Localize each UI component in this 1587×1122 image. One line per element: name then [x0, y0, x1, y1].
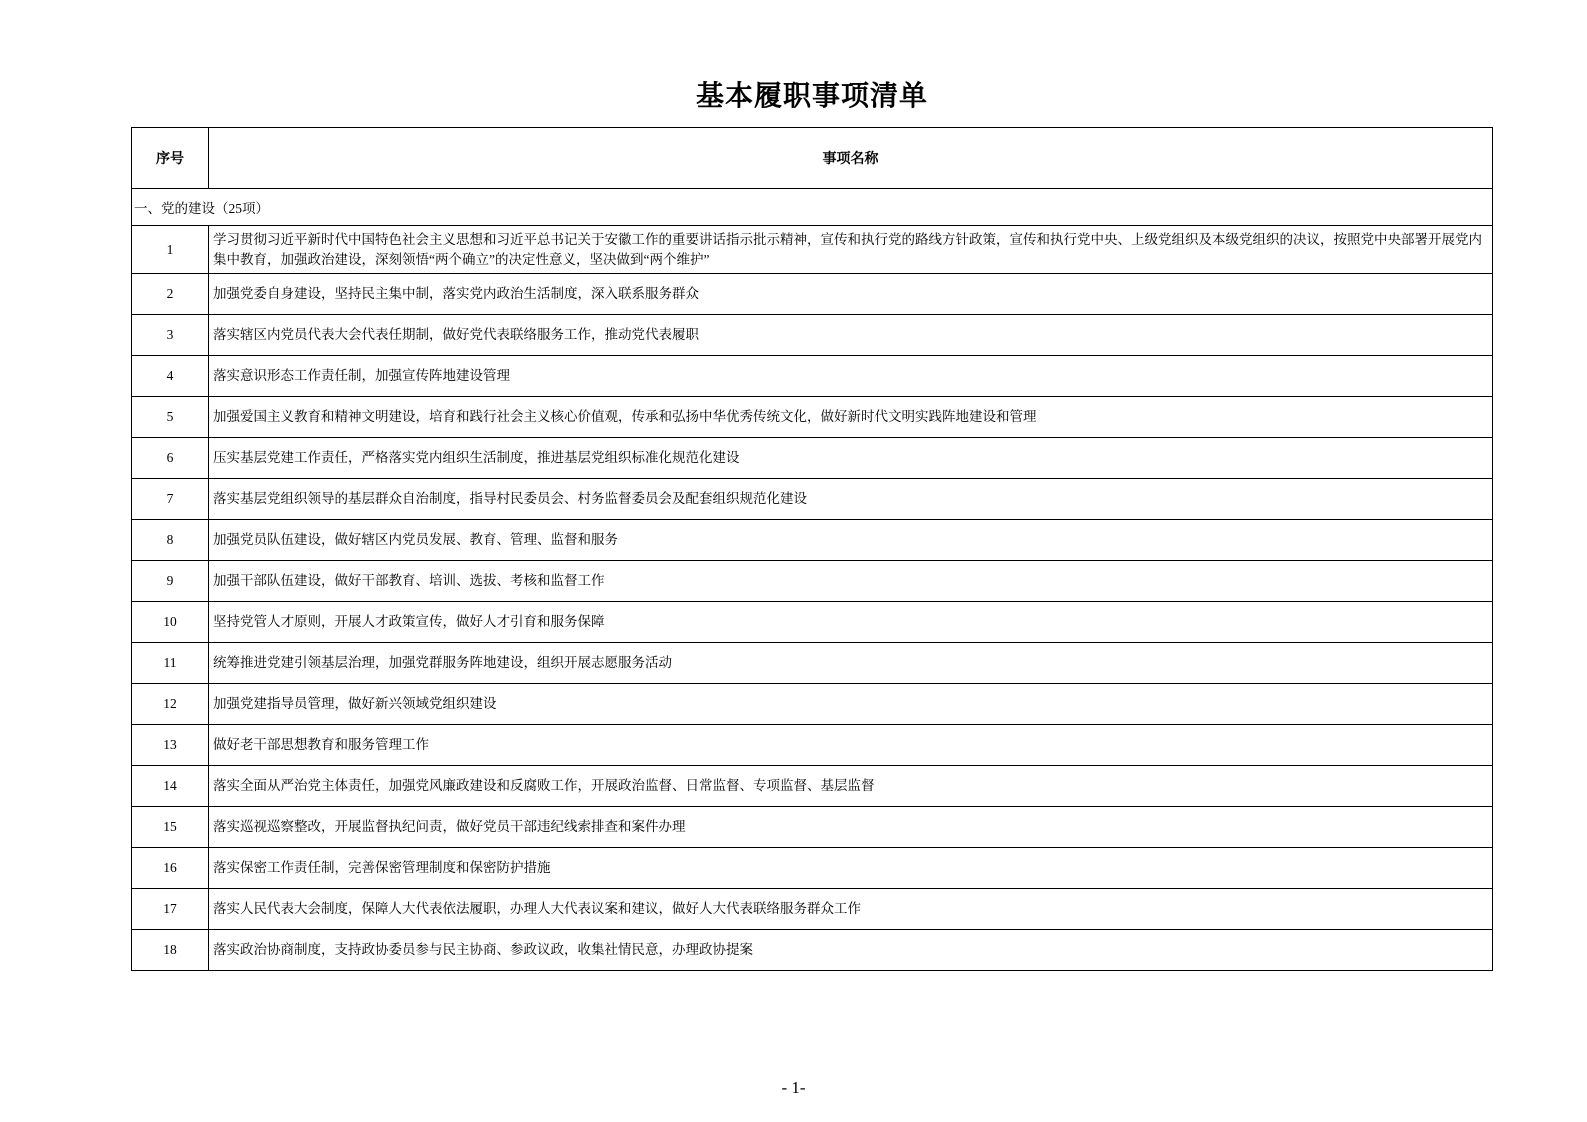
- row-text: 落实政治协商制度，支持政协委员参与民主协商、参政议政，收集社情民意，办理政协提案: [209, 930, 1493, 971]
- row-text: 落实全面从严治党主体责任，加强党风廉政建设和反腐败工作，开展政治监督、日常监督、…: [209, 766, 1493, 807]
- table-row: 7 落实基层党组织领导的基层群众自治制度，指导村民委员会、村务监督委员会及配套组…: [132, 479, 1493, 520]
- page-footer: - 1-: [0, 1078, 1587, 1098]
- row-text: 压实基层党建工作责任，严格落实党内组织生活制度，推进基层党组织标准化规范化建设: [209, 438, 1493, 479]
- table-row: 5 加强爱国主义教育和精神文明建设，培育和践行社会主义核心价值观，传承和弘扬中华…: [132, 397, 1493, 438]
- table-row: 10 坚持党管人才原则，开展人才政策宣传，做好人才引育和服务保障: [132, 602, 1493, 643]
- row-text: 落实保密工作责任制，完善保密管理制度和保密防护措施: [209, 848, 1493, 889]
- row-text: 坚持党管人才原则，开展人才政策宣传，做好人才引育和服务保障: [209, 602, 1493, 643]
- row-number: 18: [132, 930, 209, 971]
- row-number: 12: [132, 684, 209, 725]
- row-text: 落实人民代表大会制度，保障人大代表依法履职，办理人大代表议案和建议，做好人大代表…: [209, 889, 1493, 930]
- table-row: 3 落实辖区内党员代表大会代表任期制，做好党代表联络服务工作，推动党代表履职: [132, 315, 1493, 356]
- row-text: 落实辖区内党员代表大会代表任期制，做好党代表联络服务工作，推动党代表履职: [209, 315, 1493, 356]
- table-row: 1 学习贯彻习近平新时代中国特色社会主义思想和习近平总书记关于安徽工作的重要讲话…: [132, 226, 1493, 274]
- row-number: 5: [132, 397, 209, 438]
- row-number: 15: [132, 807, 209, 848]
- table-row: 18 落实政治协商制度，支持政协委员参与民主协商、参政议政，收集社情民意，办理政…: [132, 930, 1493, 971]
- row-text: 落实基层党组织领导的基层群众自治制度，指导村民委员会、村务监督委员会及配套组织规…: [209, 479, 1493, 520]
- row-number: 14: [132, 766, 209, 807]
- column-header-number: 序号: [132, 128, 209, 189]
- row-text: 学习贯彻习近平新时代中国特色社会主义思想和习近平总书记关于安徽工作的重要讲话指示…: [209, 226, 1493, 274]
- row-text: 做好老干部思想教育和服务管理工作: [209, 725, 1493, 766]
- section-title: 一、党的建设（25项）: [132, 189, 1493, 226]
- row-number: 4: [132, 356, 209, 397]
- table-row: 8 加强党员队伍建设，做好辖区内党员发展、教育、管理、监督和服务: [132, 520, 1493, 561]
- table-row: 13 做好老干部思想教育和服务管理工作: [132, 725, 1493, 766]
- document-page: 基本履职事项清单 序号 事项名称 一、党的建设（25项） 1 学习贯彻习近平新时…: [0, 0, 1587, 1122]
- row-number: 7: [132, 479, 209, 520]
- row-number: 17: [132, 889, 209, 930]
- row-number: 2: [132, 274, 209, 315]
- table-row: 6 压实基层党建工作责任，严格落实党内组织生活制度，推进基层党组织标准化规范化建…: [132, 438, 1493, 479]
- items-table: 序号 事项名称 一、党的建设（25项） 1 学习贯彻习近平新时代中国特色社会主义…: [131, 127, 1493, 971]
- row-text: 落实巡视巡察整改，开展监督执纪问责，做好党员干部违纪线索排查和案件办理: [209, 807, 1493, 848]
- row-number: 10: [132, 602, 209, 643]
- page-number: - 1-: [781, 1078, 805, 1097]
- row-number: 8: [132, 520, 209, 561]
- row-number: 6: [132, 438, 209, 479]
- table-row: 9 加强干部队伍建设，做好干部教育、培训、选拔、考核和监督工作: [132, 561, 1493, 602]
- row-text: 加强干部队伍建设，做好干部教育、培训、选拔、考核和监督工作: [209, 561, 1493, 602]
- row-text: 加强党员队伍建设，做好辖区内党员发展、教育、管理、监督和服务: [209, 520, 1493, 561]
- row-text: 加强党建指导员管理，做好新兴领域党组织建设: [209, 684, 1493, 725]
- row-text: 加强党委自身建设，坚持民主集中制，落实党内政治生活制度，深入联系服务群众: [209, 274, 1493, 315]
- table-row: 2 加强党委自身建设，坚持民主集中制，落实党内政治生活制度，深入联系服务群众: [132, 274, 1493, 315]
- row-text: 加强爱国主义教育和精神文明建设，培育和践行社会主义核心价值观，传承和弘扬中华优秀…: [209, 397, 1493, 438]
- row-number: 9: [132, 561, 209, 602]
- row-number: 3: [132, 315, 209, 356]
- table-row: 12 加强党建指导员管理，做好新兴领域党组织建设: [132, 684, 1493, 725]
- table-row: 16 落实保密工作责任制，完善保密管理制度和保密防护措施: [132, 848, 1493, 889]
- table-header-row: 序号 事项名称: [132, 128, 1493, 189]
- document-title: 基本履职事项清单: [131, 74, 1493, 114]
- column-header-name: 事项名称: [209, 128, 1493, 189]
- section-header-row: 一、党的建设（25项）: [132, 189, 1493, 226]
- table-row: 15 落实巡视巡察整改，开展监督执纪问责，做好党员干部违纪线索排查和案件办理: [132, 807, 1493, 848]
- table-row: 4 落实意识形态工作责任制，加强宣传阵地建设管理: [132, 356, 1493, 397]
- items-body: 一、党的建设（25项） 1 学习贯彻习近平新时代中国特色社会主义思想和习近平总书…: [132, 189, 1493, 971]
- row-number: 11: [132, 643, 209, 684]
- table-row: 14 落实全面从严治党主体责任，加强党风廉政建设和反腐败工作，开展政治监督、日常…: [132, 766, 1493, 807]
- table-row: 11 统筹推进党建引领基层治理，加强党群服务阵地建设，组织开展志愿服务活动: [132, 643, 1493, 684]
- table-row: 17 落实人民代表大会制度，保障人大代表依法履职，办理人大代表议案和建议，做好人…: [132, 889, 1493, 930]
- row-number: 16: [132, 848, 209, 889]
- row-text: 统筹推进党建引领基层治理，加强党群服务阵地建设，组织开展志愿服务活动: [209, 643, 1493, 684]
- row-number: 1: [132, 226, 209, 274]
- row-text: 落实意识形态工作责任制，加强宣传阵地建设管理: [209, 356, 1493, 397]
- row-number: 13: [132, 725, 209, 766]
